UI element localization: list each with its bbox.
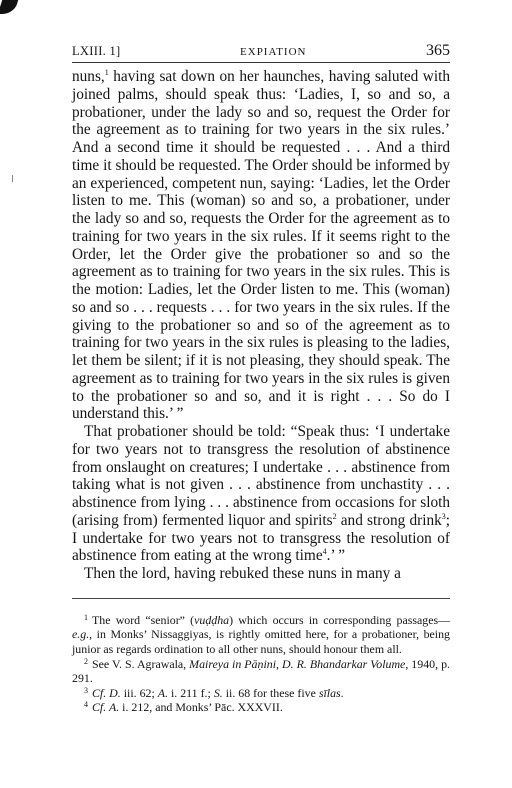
text-run: ) which occurs in corresponding passages…: [229, 613, 450, 627]
text-run: Then the lord, having rebuked these nuns…: [84, 565, 401, 582]
page-number: 365: [426, 42, 450, 60]
text-run: having sat down on her haunches, having …: [72, 68, 450, 422]
text-run: The word “senior” (: [92, 613, 194, 627]
italic-text: vuḍḍha: [194, 613, 229, 627]
footnote: 3Cf. D. iii. 62; A. i. 211 f.; S. ii. 68…: [72, 686, 450, 701]
footnote-number: 1: [84, 613, 88, 622]
text-run: and strong drink: [337, 512, 442, 529]
running-head: LXIII. 1] EXPIATION 365: [72, 42, 450, 60]
italic-text: Maireya in Pāṇini, D. R. Bhandarkar Volu…: [189, 657, 405, 671]
paragraph: nuns,1 having sat down on her haunches, …: [72, 68, 450, 423]
text-run: , in Monks’ Nissaggiyas, is rightly omit…: [72, 627, 450, 656]
text-run: i. 211 f.;: [168, 686, 214, 700]
footnote: 4Cf. A. i. 212, and Monks’ Pāc. XXXVII.: [72, 700, 450, 715]
italic-text: S.: [214, 686, 223, 700]
text-run: See V. S. Agrawala,: [92, 657, 189, 671]
footnote-number: 3: [84, 686, 88, 695]
text-run: nuns,: [72, 68, 105, 85]
text-run: iii. 62;: [121, 686, 158, 700]
footnote-rule: [72, 598, 450, 599]
text-run: .: [341, 686, 344, 700]
text-run: ii. 68 for these five: [223, 686, 319, 700]
header-rule: [72, 62, 450, 63]
running-title: EXPIATION: [240, 46, 306, 58]
text-run: .’ ”: [327, 547, 345, 564]
text-run: i. 212, and Monks’ Pāc. XXXVII.: [119, 700, 283, 714]
footnote-number: 2: [84, 657, 88, 666]
chapter-reference: LXIII. 1]: [72, 44, 121, 59]
footnote-number: 4: [84, 700, 88, 709]
body-text: nuns,1 having sat down on her haunches, …: [72, 68, 450, 583]
paragraph: That probationer should be told: “Speak …: [72, 423, 450, 565]
footnote: 1The word “senior” (vuḍḍha) which occurs…: [72, 613, 450, 657]
footnote: 2See V. S. Agrawala, Maireya in Pāṇini, …: [72, 657, 450, 686]
book-page: LXIII. 1] EXPIATION 365 nuns,1 having sa…: [72, 42, 450, 715]
italic-text: e.g.: [72, 627, 89, 641]
footnotes: 1The word “senior” (vuḍḍha) which occurs…: [72, 613, 450, 715]
italic-text: Cf. D.: [92, 686, 121, 700]
scan-artifact: [0, 0, 18, 14]
italic-text: A.: [158, 686, 168, 700]
italic-text: sīlas: [319, 686, 341, 700]
italic-text: Cf. A.: [92, 700, 119, 714]
paragraph: Then the lord, having rebuked these nuns…: [72, 565, 450, 583]
margin-mark: [12, 175, 13, 182]
